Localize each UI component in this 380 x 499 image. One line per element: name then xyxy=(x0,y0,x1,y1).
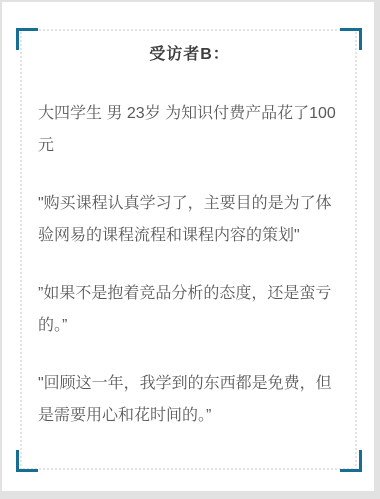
card-title: 受访者B： xyxy=(38,43,341,67)
quote-paragraph-3: "回顾这一年，我学到的东西都是免费，但是需要用心和花时间的。” xyxy=(38,368,341,432)
interviewee-quote-card: 受访者B： 大四学生 男 23岁 为知识付费产品花了100元 "购买课程认真学习… xyxy=(20,29,357,470)
page-background: 受访者B： 大四学生 男 23岁 为知识付费产品花了100元 "购买课程认真学习… xyxy=(0,0,380,499)
card-body: 大四学生 男 23岁 为知识付费产品花了100元 "购买课程认真学习了，主要目的… xyxy=(38,98,341,432)
quote-paragraph-2: ”如果不是抱着竞品分析的态度，还是蛮亏的。” xyxy=(38,278,341,342)
interviewee-profile-text: 大四学生 男 23岁 为知识付费产品花了100元 xyxy=(38,98,341,162)
corner-bracket-top-right-icon xyxy=(340,28,362,50)
corner-bracket-bottom-right-icon xyxy=(340,450,362,472)
corner-bracket-top-left-icon xyxy=(16,28,38,50)
corner-bracket-bottom-left-icon xyxy=(16,450,38,472)
content-page: 受访者B： 大四学生 男 23岁 为知识付费产品花了100元 "购买课程认真学习… xyxy=(2,2,374,491)
quote-paragraph-1: "购买课程认真学习了，主要目的是为了体验网易的课程流程和课程内容的策划" xyxy=(38,188,341,252)
